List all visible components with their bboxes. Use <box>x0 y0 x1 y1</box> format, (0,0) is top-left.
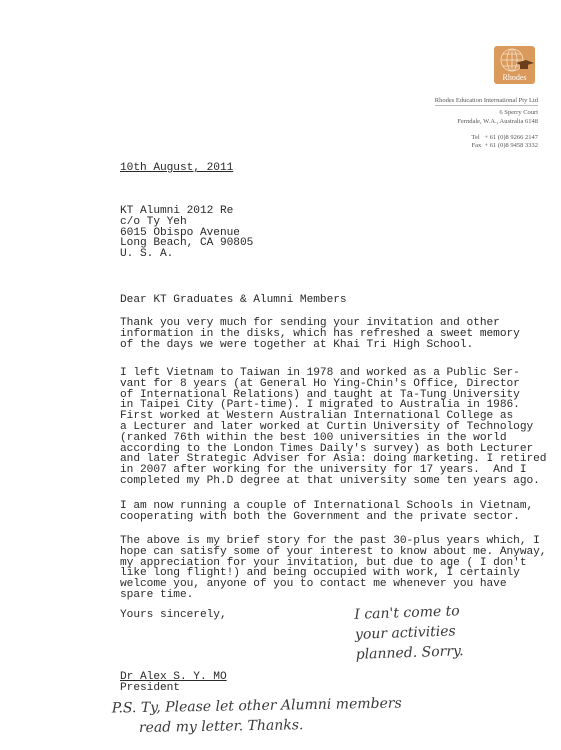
letter-date: 10th August, 2011 <box>120 163 233 174</box>
handwritten-postscript: P.S. Ty, Please let other Alumni members… <box>112 693 403 738</box>
company-contact: Tel + 61 (0)8 9266 2147 Fax + 61 (0)8 94… <box>471 134 538 150</box>
logo-text: Rhodes <box>494 73 535 82</box>
company-address: 6 Sperry Court Ferndale, W.A., Australia… <box>457 109 538 126</box>
paragraph-current-work: I am now running a couple of Internation… <box>120 501 533 523</box>
company-name: Rhodes Education International Pty Ltd <box>435 97 538 106</box>
address-line-2: Ferndale, W.A., Australia 6148 <box>457 118 538 127</box>
handwritten-margin-note: I can't come to your activities planned.… <box>354 601 464 665</box>
company-logo: Rhodes <box>494 46 535 84</box>
closing: Yours sincerely, <box>120 610 227 621</box>
recipient-address: KT Alumni 2012 Re c/o Ty Yeh 6015 Obispo… <box>120 206 253 260</box>
telephone: Tel + 61 (0)8 9266 2147 <box>471 134 538 142</box>
address-line-1: 6 Sperry Court <box>457 109 538 118</box>
paragraph-thanks: Thank you very much for sending your inv… <box>120 318 520 350</box>
fax: Fax + 61 (0)8 9458 3332 <box>471 142 538 150</box>
signer-title: President <box>120 683 180 694</box>
salutation: Dear KT Graduates & Alumni Members <box>120 295 347 306</box>
paragraph-conclusion: The above is my brief story for the past… <box>120 536 546 601</box>
paragraph-biography: I left Vietnam to Taiwan in 1978 and wor… <box>120 368 546 487</box>
